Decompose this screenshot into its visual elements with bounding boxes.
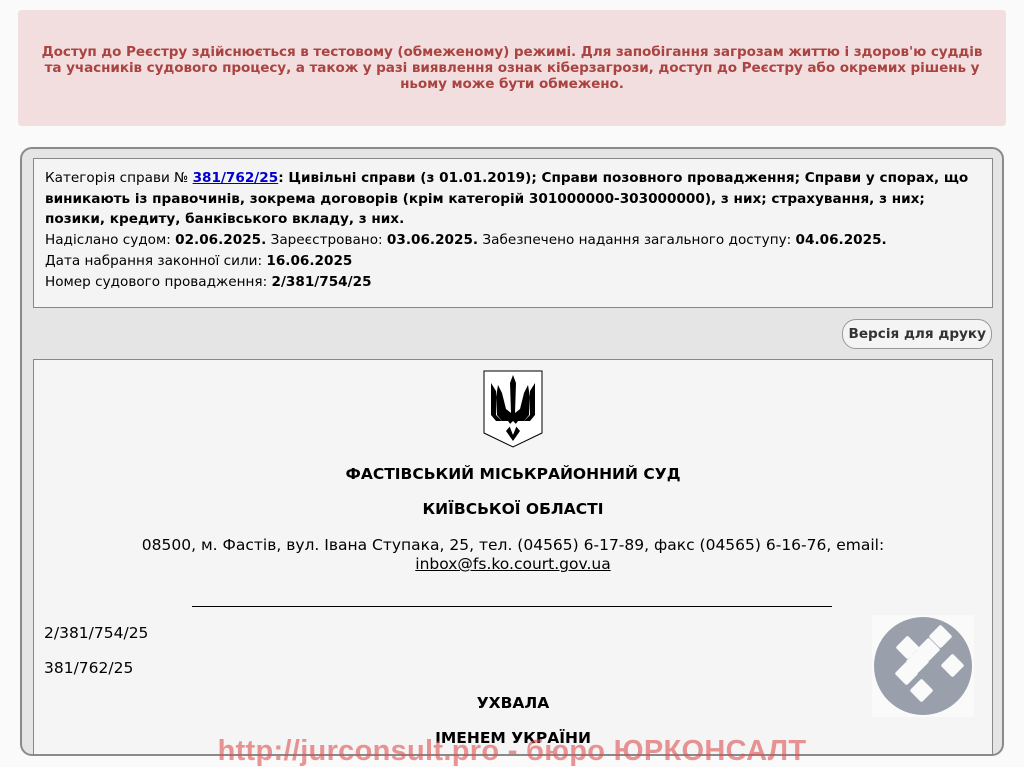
document-body: ФАСТІВСЬКИЙ МІСЬКРАЙОННИЙ СУД КИЇВСЬКОЇ … (33, 359, 993, 756)
court-name-line2: КИЇВСЬКОЇ ОБЛАСТІ (34, 500, 992, 518)
alert-text: Доступ до Реєстру здійснюється в тестово… (34, 44, 990, 92)
document-type: УХВАЛА (34, 694, 992, 712)
effective-date: 16.06.2025 (266, 253, 352, 269)
access-warning-alert: Доступ до Реєстру здійснюється в тестово… (18, 10, 1006, 126)
case-info-panel: Категорія справи № 381/762/25: Цивільні … (33, 158, 993, 308)
doc-case-number: 381/762/25 (44, 659, 133, 677)
doc-proceeding-number: 2/381/754/25 (44, 624, 148, 642)
court-email-link[interactable]: inbox@fs.ko.court.gov.ua (415, 555, 610, 573)
access-date: 04.06.2025. (796, 232, 887, 248)
case-category: Категорія справи № 381/762/25: Цивільні … (45, 168, 981, 230)
case-dates: Надіслано судом: 02.06.2025. Зареєстрова… (45, 230, 981, 251)
coat-of-arms-icon (482, 369, 544, 449)
proceeding-number: 2/381/754/25 (272, 274, 372, 290)
decision-frame: Категорія справи № 381/762/25: Цивільні … (20, 147, 1004, 756)
print-version-button[interactable]: Версія для друку (842, 319, 992, 349)
watermark: http://jurconsult.pro - бюро ЮРКОНСАЛТ (0, 734, 1024, 767)
divider-line (192, 606, 832, 607)
court-name-line1: ФАСТІВСЬКИЙ МІСЬКРАЙОННИЙ СУД (34, 465, 992, 483)
sent-date: 02.06.2025. (175, 232, 266, 248)
proceeding-number-row: Номер судового провадження: 2/381/754/25 (45, 272, 981, 293)
case-number-link[interactable]: 381/762/25 (193, 170, 279, 186)
effective-date-row: Дата набрання законної сили: 16.06.2025 (45, 251, 981, 272)
registered-date: 03.06.2025. (387, 232, 478, 248)
court-address: 08500, м. Фастів, вул. Івана Ступака, 25… (94, 536, 932, 574)
